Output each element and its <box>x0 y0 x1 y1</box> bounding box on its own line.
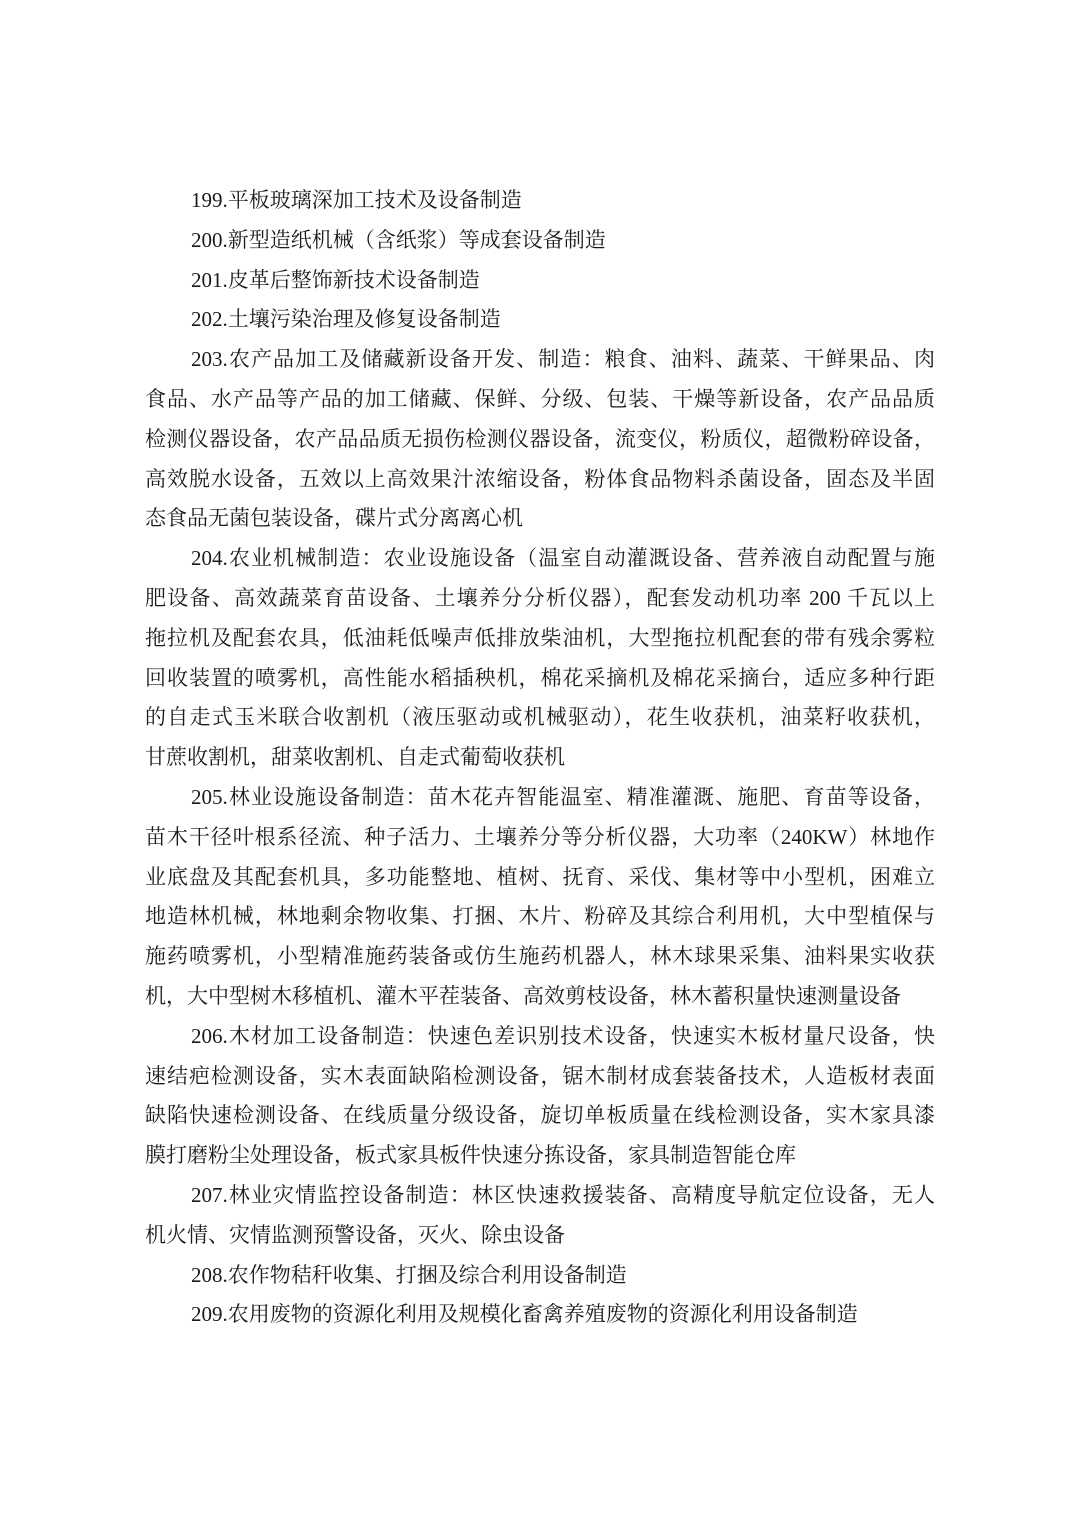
catalog-item-200: 200.新型造纸机械（含纸浆）等成套设备制造 <box>145 221 935 261</box>
text-line: 肥设备、高效蔬菜育苗设备、土壤养分分析仪器），配套发动机功率 200 千瓦以上 <box>145 579 935 619</box>
text-line: 机火情、灾情监测预警设备，灭火、除虫设备 <box>145 1216 935 1256</box>
text-line: 高效脱水设备，五效以上高效果汁浓缩设备，粉体食品物料杀菌设备，固态及半固 <box>145 460 935 500</box>
document-page: 199.平板玻璃深加工技术及设备制造200.新型造纸机械（含纸浆）等成套设备制造… <box>0 0 1074 1520</box>
catalog-item-204: 204.农业机械制造：农业设施设备（温室自动灌溉设备、营养液自动配置与施肥设备、… <box>145 539 935 778</box>
catalog-item-203: 203.农产品加工及储藏新设备开发、制造：粮食、油料、蔬菜、干鲜果品、肉食品、水… <box>145 340 935 539</box>
text-line: 202.土壤污染治理及修复设备制造 <box>145 300 935 340</box>
text-line: 速结疤检测设备，实木表面缺陷检测设备，锯木制材成套装备技术，人造板材表面 <box>145 1057 935 1097</box>
catalog-item-206: 206.木材加工设备制造：快速色差识别技术设备，快速实木板材量尺设备，快速结疤检… <box>145 1017 935 1176</box>
catalog-item-209: 209.农用废物的资源化利用及规模化畜禽养殖废物的资源化利用设备制造 <box>145 1295 935 1335</box>
catalog-item-208: 208.农作物秸秆收集、打捆及综合利用设备制造 <box>145 1256 935 1296</box>
text-line: 206.木材加工设备制造：快速色差识别技术设备，快速实木板材量尺设备，快 <box>145 1017 935 1057</box>
text-line: 机，大中型树木移植机、灌木平茬装备、高效剪枝设备，林木蓄积量快速测量设备 <box>145 977 935 1017</box>
text-line: 苗木干径叶根系径流、种子活力、土壤养分等分析仪器，大功率（240KW）林地作 <box>145 818 935 858</box>
text-line: 膜打磨粉尘处理设备，板式家具板件快速分拣设备，家具制造智能仓库 <box>145 1136 935 1176</box>
catalog-item-199: 199.平板玻璃深加工技术及设备制造 <box>145 181 935 221</box>
text-line: 204.农业机械制造：农业设施设备（温室自动灌溉设备、营养液自动配置与施 <box>145 539 935 579</box>
catalog-item-207: 207.林业灾情监控设备制造：林区快速救援装备、高精度导航定位设备，无人机火情、… <box>145 1176 935 1256</box>
text-line: 施药喷雾机，小型精准施药装备或仿生施药机器人，林木球果采集、油料果实收获 <box>145 937 935 977</box>
text-line: 201.皮革后整饰新技术设备制造 <box>145 261 935 301</box>
text-line: 甘蔗收割机，甜菜收割机、自走式葡萄收获机 <box>145 738 935 778</box>
text-line: 209.农用废物的资源化利用及规模化畜禽养殖废物的资源化利用设备制造 <box>145 1295 935 1335</box>
catalog-item-201: 201.皮革后整饰新技术设备制造 <box>145 261 935 301</box>
text-line: 地造林机械，林地剩余物收集、打捆、木片、粉碎及其综合利用机，大中型植保与 <box>145 897 935 937</box>
text-line: 203.农产品加工及储藏新设备开发、制造：粮食、油料、蔬菜、干鲜果品、肉 <box>145 340 935 380</box>
text-line: 缺陷快速检测设备、在线质量分级设备，旋切单板质量在线检测设备，实木家具漆 <box>145 1096 935 1136</box>
text-line: 食品、水产品等产品的加工储藏、保鲜、分级、包装、干燥等新设备，农产品品质 <box>145 380 935 420</box>
text-line: 205.林业设施设备制造：苗木花卉智能温室、精准灌溉、施肥、育苗等设备， <box>145 778 935 818</box>
text-line: 业底盘及其配套机具，多功能整地、植树、抚育、采伐、集材等中小型机，困难立 <box>145 858 935 898</box>
text-line: 态食品无菌包装设备，碟片式分离离心机 <box>145 499 935 539</box>
text-line: 回收装置的喷雾机，高性能水稻插秧机，棉花采摘机及棉花采摘台，适应多种行距 <box>145 659 935 699</box>
text-line: 检测仪器设备，农产品品质无损伤检测仪器设备，流变仪，粉质仪，超微粉碎设备， <box>145 420 935 460</box>
catalog-item-205: 205.林业设施设备制造：苗木花卉智能温室、精准灌溉、施肥、育苗等设备，苗木干径… <box>145 778 935 1017</box>
text-line: 207.林业灾情监控设备制造：林区快速救援装备、高精度导航定位设备，无人 <box>145 1176 935 1216</box>
text-line: 199.平板玻璃深加工技术及设备制造 <box>145 181 935 221</box>
catalog-item-202: 202.土壤污染治理及修复设备制造 <box>145 300 935 340</box>
document-content: 199.平板玻璃深加工技术及设备制造200.新型造纸机械（含纸浆）等成套设备制造… <box>145 181 935 1335</box>
text-line: 的自走式玉米联合收割机（液压驱动或机械驱动），花生收获机，油菜籽收获机， <box>145 698 935 738</box>
text-line: 208.农作物秸秆收集、打捆及综合利用设备制造 <box>145 1256 935 1296</box>
text-line: 200.新型造纸机械（含纸浆）等成套设备制造 <box>145 221 935 261</box>
text-line: 拖拉机及配套农具，低油耗低噪声低排放柴油机，大型拖拉机配套的带有残余雾粒 <box>145 619 935 659</box>
